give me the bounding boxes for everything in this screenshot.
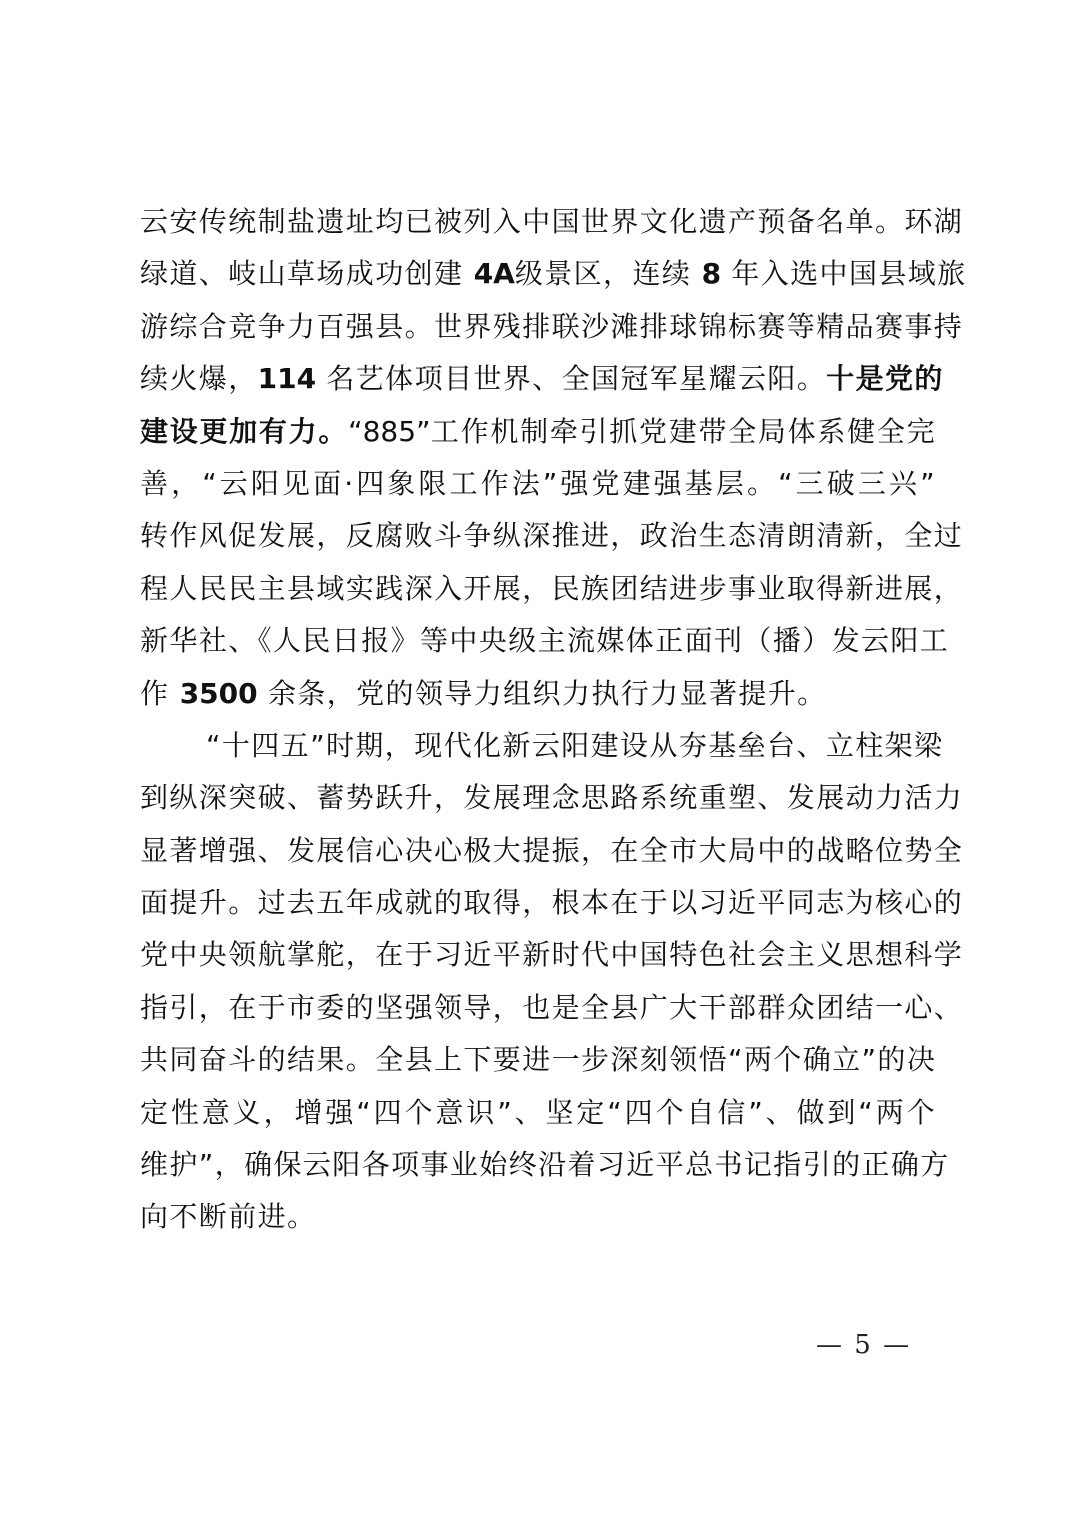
text-segment: “十四五”时期，现代化新云阳建设从夯基垒台、立柱架梁 [206, 729, 943, 762]
text-segment: 维护”，确保云阳各项事业始终沿着习近平总书记指引的正确方 [140, 1148, 950, 1181]
text-segment: 名艺体项目世界、全国冠军星耀云阳。 [316, 362, 826, 395]
text-line: 绿道、岐山草场成功创建 4A级景区，连续 8 年入选中国县域旅 [140, 248, 936, 300]
text-segment: 党中央领航掌舵，在于习近平新时代中国特色社会主义思想科学 [140, 938, 963, 971]
text-segment: 年入选中国县域旅 [721, 257, 967, 290]
text-line: 显著增强、发展信心决心极大提振，在全市大局中的战略位势全 [140, 825, 936, 877]
text-segment: 新华社、《人民日报》等中央级主流媒体正面刊（播）发云阳工 [140, 624, 949, 657]
numeral: 114 [258, 362, 316, 395]
text-line: 云安传统制盐遗址均已被列入中国世界文化遗产预备名单。环湖 [140, 196, 936, 248]
text-segment: 面提升。过去五年成就的取得，根本在于以习近平同志为核心的 [140, 886, 963, 919]
text-line: 程人民民主县域实践深入开展，民族团结进步事业取得新进展， [140, 563, 936, 615]
text-segment: 绿道、岐山草场成功创建 [140, 257, 474, 290]
numeral: 3500 [180, 677, 258, 710]
text-line: 面提升。过去五年成就的取得，根本在于以习近平同志为核心的 [140, 877, 936, 929]
text-line: 到纵深突破、蓄势跃升，发展理念思路系统重塑、发展动力活力 [140, 772, 936, 824]
text-segment: 余条，党的领导力组织力执行力显著提升。 [258, 677, 827, 710]
text-line: 作 3500 余条，党的领导力组织力执行力显著提升。 [140, 668, 936, 720]
text-segment: 续火爆， [140, 362, 258, 395]
text-line: 指引，在于市委的坚强领导，也是全县广大干部群众团结一心、 [140, 982, 936, 1034]
text-line: 转作风促发展，反腐败斗争纵深推进，政治生态清朗清新，全过 [140, 510, 936, 562]
text-segment: 善，“云阳见面·四象限工作法”强党建强基层。“三破三兴” [140, 467, 936, 500]
text-segment: 转作风促发展，反腐败斗争纵深推进，政治生态清朗清新，全过 [140, 519, 963, 552]
numeral: 4A [474, 257, 515, 290]
text-segment: 指引，在于市委的坚强领导，也是全县广大干部群众团结一心、 [140, 991, 963, 1024]
text-line: 共同奋斗的结果。全县上下要进一步深刻领悟“两个确立”的决 [140, 1034, 936, 1086]
text-line: 向不断前进。 [140, 1191, 936, 1243]
text-line: 维护”，确保云阳各项事业始终沿着习近平总书记指引的正确方 [140, 1139, 936, 1191]
quoted-numeral: “885” [348, 415, 430, 448]
bold-heading-text: 建设更加有力。 [140, 415, 348, 448]
text-line: 党中央领航掌舵，在于习近平新时代中国特色社会主义思想科学 [140, 929, 936, 981]
text-line: 新华社、《人民日报》等中央级主流媒体正面刊（播）发云阳工 [140, 615, 936, 667]
document-body: 云安传统制盐遗址均已被列入中国世界文化遗产预备名单。环湖绿道、岐山草场成功创建 … [140, 196, 940, 1244]
text-segment: 工作机制牵引抓党建带全局体系健全完 [431, 415, 936, 448]
numeral: 8 [702, 257, 721, 290]
text-segment: 向不断前进。 [140, 1200, 316, 1233]
text-line: 游综合竞争力百强县。世界残排联沙滩排球锦标赛等精品赛事持 [140, 301, 936, 353]
text-segment: 作 [140, 677, 180, 710]
text-line: 善，“云阳见面·四象限工作法”强党建强基层。“三破三兴” [140, 458, 936, 510]
page-number: — 5 — [816, 1330, 911, 1360]
text-segment: 程人民民主县域实践深入开展，民族团结进步事业取得新进展， [140, 572, 963, 605]
document-page: 云安传统制盐遗址均已被列入中国世界文化遗产预备名单。环湖绿道、岐山草场成功创建 … [0, 0, 1074, 1520]
paragraph: “十四五”时期，现代化新云阳建设从夯基垒台、立柱架梁到纵深突破、蓄势跃升，发展理… [140, 720, 940, 1244]
text-segment: 共同奋斗的结果。全县上下要进一步深刻领悟“两个确立”的决 [140, 1043, 936, 1076]
text-line: 续火爆，114 名艺体项目世界、全国冠军星耀云阳。十是党的 [140, 353, 936, 405]
text-line: 建设更加有力。“885”工作机制牵引抓党建带全局体系健全完 [140, 406, 936, 458]
text-line: 定性意义，增强“四个意识”、坚定“四个自信”、做到“两个 [140, 1087, 936, 1139]
text-line: “十四五”时期，现代化新云阳建设从夯基垒台、立柱架梁 [140, 720, 936, 772]
text-segment: 游综合竞争力百强县。世界残排联沙滩排球锦标赛等精品赛事持 [140, 310, 963, 343]
text-segment: 显著增强、发展信心决心极大提振，在全市大局中的战略位势全 [140, 834, 963, 867]
text-segment: 到纵深突破、蓄势跃升，发展理念思路系统重塑、发展动力活力 [140, 781, 963, 814]
text-segment: 云安传统制盐遗址均已被列入中国世界文化遗产预备名单。环湖 [140, 205, 963, 238]
text-segment: 定性意义，增强“四个意识”、坚定“四个自信”、做到“两个 [140, 1096, 936, 1129]
bold-heading-text: 十是党的 [826, 362, 944, 395]
text-segment: 级景区，连续 [515, 257, 702, 290]
paragraph: 云安传统制盐遗址均已被列入中国世界文化遗产预备名单。环湖绿道、岐山草场成功创建 … [140, 196, 940, 720]
